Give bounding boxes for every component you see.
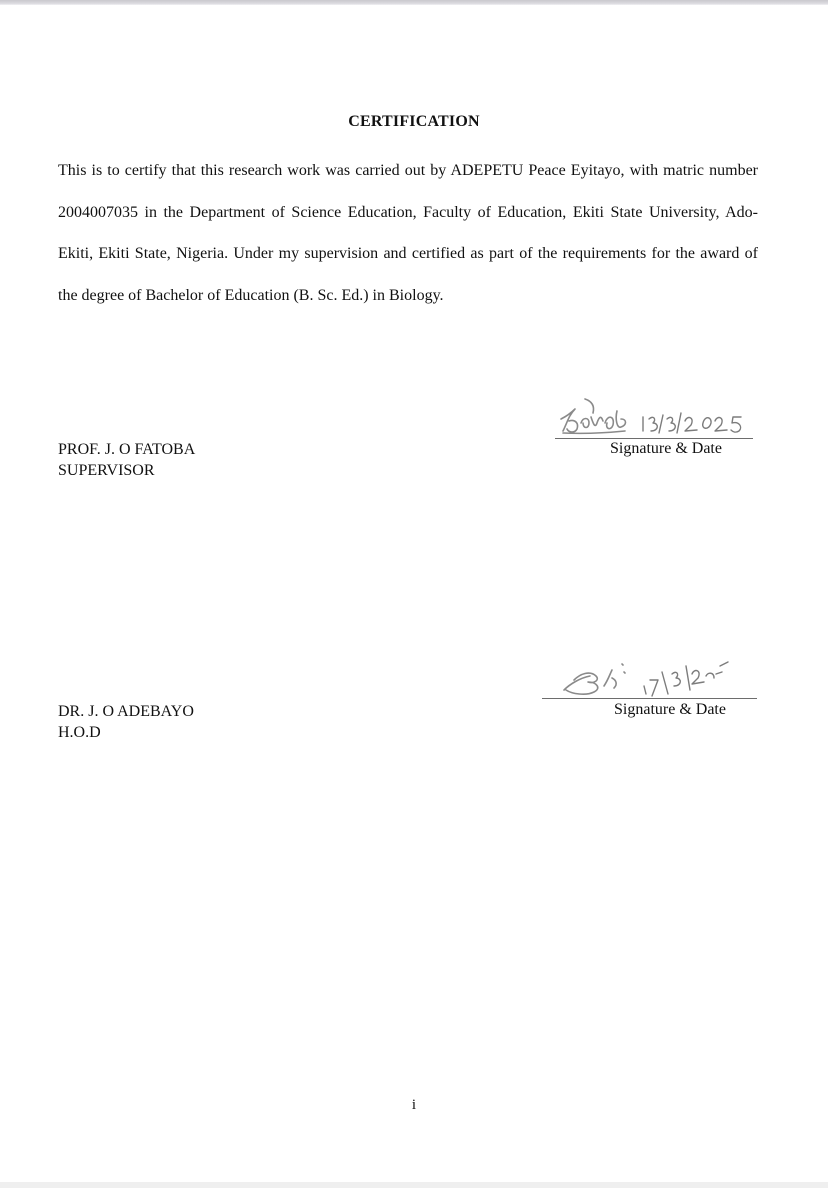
document-title: CERTIFICATION bbox=[0, 113, 828, 131]
supervisor-signature-line bbox=[555, 438, 753, 439]
supervisor-role: SUPERVISOR bbox=[58, 460, 195, 481]
hod-block: DR. J. O ADEBAYO H.O.D bbox=[58, 701, 194, 743]
viewer-bottom-edge bbox=[0, 1182, 828, 1188]
supervisor-block: PROF. J. O FATOBA SUPERVISOR bbox=[58, 439, 195, 481]
certification-paragraph: This is to certify that this research wo… bbox=[58, 150, 758, 316]
viewer-top-edge bbox=[0, 0, 828, 5]
supervisor-signature bbox=[555, 393, 760, 439]
hod-name: DR. J. O ADEBAYO bbox=[58, 701, 194, 722]
hod-signature-line bbox=[542, 698, 757, 699]
hod-signature bbox=[560, 650, 760, 700]
hod-role: H.O.D bbox=[58, 722, 194, 743]
supervisor-signature-label: Signature & Date bbox=[610, 440, 722, 458]
supervisor-name: PROF. J. O FATOBA bbox=[58, 439, 195, 460]
hod-signature-label: Signature & Date bbox=[614, 701, 726, 719]
page-number: i bbox=[0, 1097, 828, 1114]
